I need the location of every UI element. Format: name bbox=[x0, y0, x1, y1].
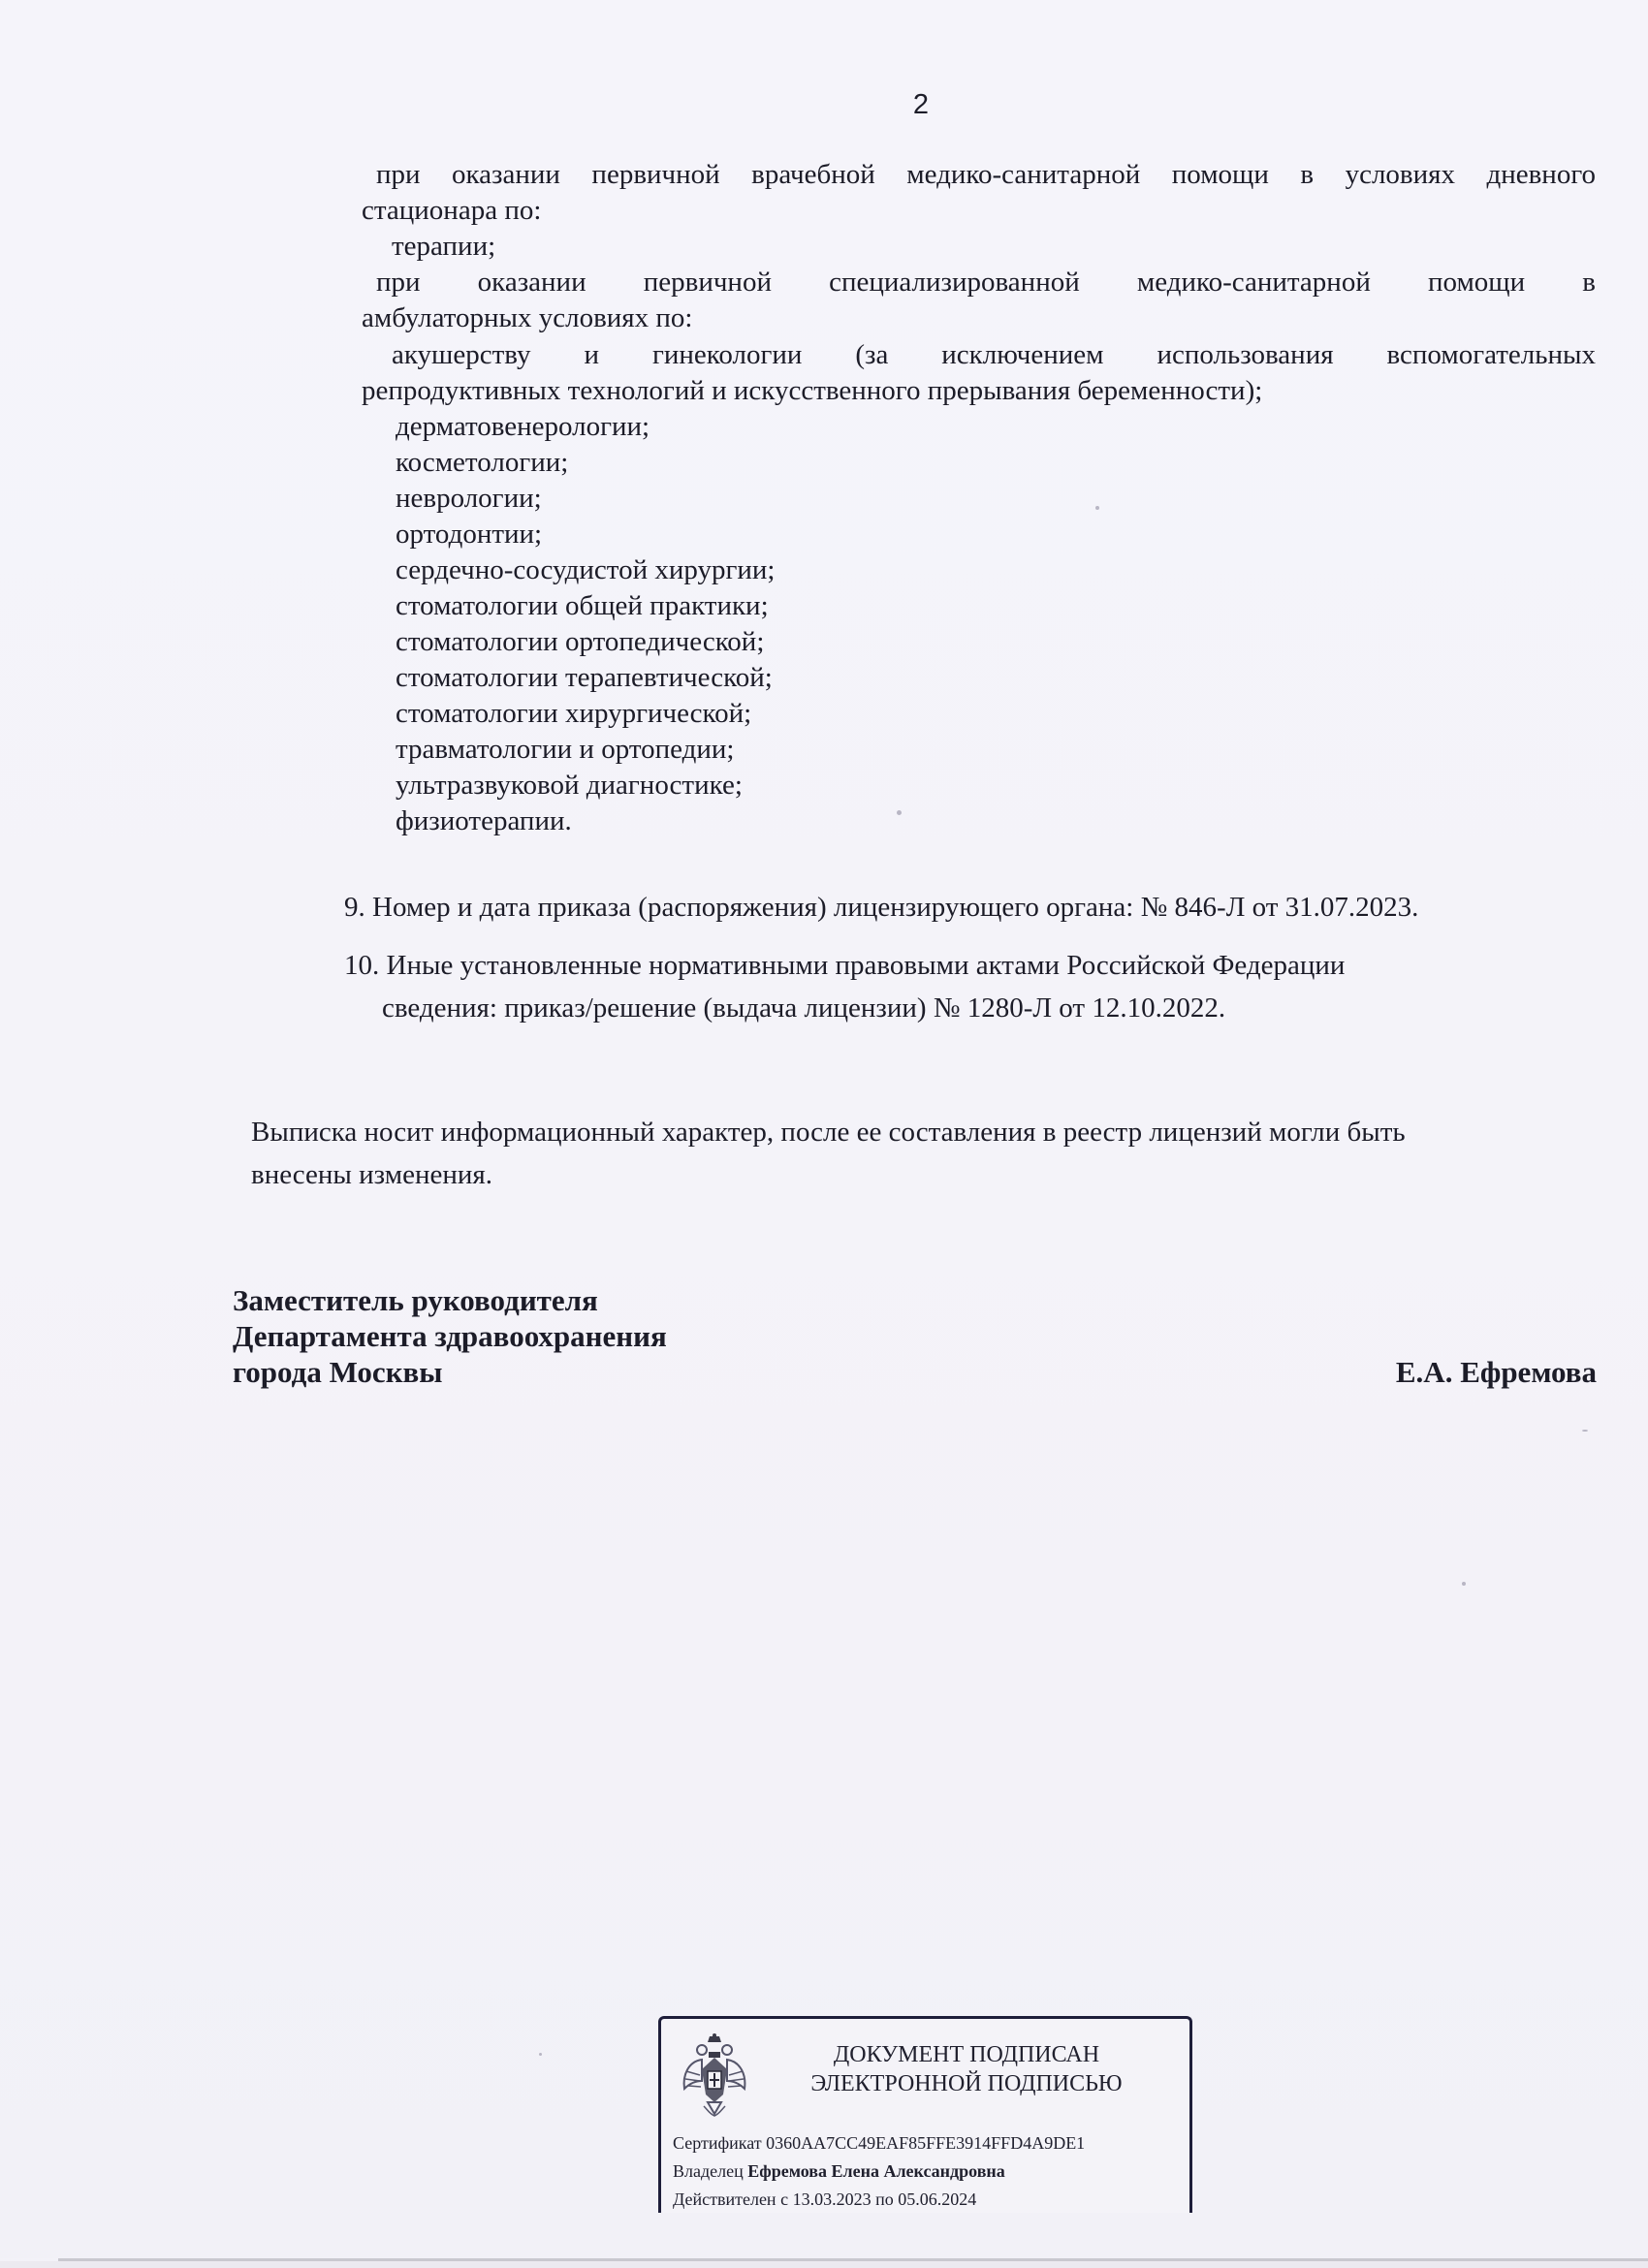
validity-label: Действителен с bbox=[673, 2189, 788, 2209]
signatory-name: Е.А. Ефремова bbox=[1396, 1354, 1597, 1390]
list-item: косметологии; bbox=[396, 445, 568, 480]
coat-of-arms-icon bbox=[681, 2032, 748, 2120]
owner-value: Ефремова Елена Александровна bbox=[747, 2161, 1005, 2181]
signatory-position-line: Заместитель руководителя bbox=[233, 1282, 667, 1318]
stamp-title: ДОКУМЕНТ ПОДПИСАН ЭЛЕКТРОННОЙ ПОДПИСЬЮ bbox=[807, 2040, 1126, 2098]
list-item: стоматологии общей практики; bbox=[396, 588, 769, 623]
valid-to: 05.06.2024 bbox=[898, 2189, 976, 2209]
list-item: дерматовенерологии; bbox=[396, 409, 650, 444]
certificate-label: Сертификат bbox=[673, 2133, 762, 2153]
list-item: физиотерапии. bbox=[396, 803, 572, 838]
paragraph-obstetrics-line2: репродуктивных технологий и искусственно… bbox=[362, 373, 1262, 408]
list-item: стоматологии терапевтической; bbox=[396, 660, 773, 695]
paragraph-therapy: терапии; bbox=[392, 229, 495, 264]
list-item: неврологии; bbox=[396, 481, 542, 516]
list-item: стоматологии хирургической; bbox=[396, 696, 751, 731]
paragraph-day-hospital-line1: при оказании первичной врачебной медико-… bbox=[376, 157, 1596, 192]
paragraph-obstetrics-line1: акушерству и гинекологии (за исключением… bbox=[392, 337, 1596, 372]
owner-label: Владелец bbox=[673, 2161, 744, 2181]
item-10-other-info-line1: 10. Иные установленные нормативными прав… bbox=[344, 948, 1345, 983]
disclaimer-line1: Выписка носит информационный характер, п… bbox=[251, 1115, 1406, 1150]
disclaimer-line2: внесены изменения. bbox=[251, 1157, 492, 1192]
signatory-position-line: Департамента здравоохранения bbox=[233, 1318, 667, 1354]
paragraph-outpatient-line2: амбулаторных условиях по: bbox=[362, 300, 692, 335]
stamp-validity: Действителен с 13.03.2023 по 05.06.2024 bbox=[673, 2188, 976, 2211]
item-9-order-number: 9. Номер и дата приказа (распоряжения) л… bbox=[344, 890, 1418, 925]
item-10-other-info-line2: сведения: приказ/решение (выдача лицензи… bbox=[382, 991, 1225, 1025]
certificate-value: 0360AA7CC49EAF85FFE3914FFD4A9DE1 bbox=[766, 2133, 1085, 2153]
list-item: стоматологии ортопедической; bbox=[396, 624, 764, 659]
list-item: травматологии и ортопедии; bbox=[396, 732, 734, 767]
scan-speck bbox=[1462, 1582, 1466, 1586]
validity-to-label: по bbox=[875, 2189, 894, 2209]
list-item: ультразвуковой диагностике; bbox=[396, 768, 743, 803]
scanner-background bbox=[0, 2261, 1648, 2268]
page-number: 2 bbox=[911, 89, 931, 121]
stamp-owner: Владелец Ефремова Елена Александровна bbox=[673, 2159, 1005, 2183]
scan-speck bbox=[1582, 1430, 1588, 1432]
scan-speck bbox=[897, 810, 902, 815]
e-signature-stamp: ДОКУМЕНТ ПОДПИСАН ЭЛЕКТРОННОЙ ПОДПИСЬЮ С… bbox=[658, 2016, 1192, 2213]
list-item: ортодонтии; bbox=[396, 517, 542, 551]
stamp-title-line: ДОКУМЕНТ ПОДПИСАН bbox=[807, 2040, 1126, 2069]
scan-speck bbox=[1095, 506, 1099, 510]
scan-speck bbox=[539, 2053, 542, 2056]
document-page: 2 при оказании первичной врачебной медик… bbox=[0, 0, 1648, 2258]
list-item: сердечно-сосудистой хирургии; bbox=[396, 552, 775, 587]
signatory-position-line: города Москвы bbox=[233, 1354, 667, 1390]
paragraph-day-hospital-line2: стационара по: bbox=[362, 193, 541, 228]
paragraph-outpatient-line1: при оказании первичной специализированно… bbox=[376, 265, 1596, 299]
stamp-title-line: ЭЛЕКТРОННОЙ ПОДПИСЬЮ bbox=[807, 2069, 1126, 2098]
stamp-certificate: Сертификат 0360AA7CC49EAF85FFE3914FFD4A9… bbox=[673, 2131, 1085, 2155]
signatory-position: Заместитель руководителя Департамента зд… bbox=[233, 1282, 667, 1390]
valid-from: 13.03.2023 bbox=[793, 2189, 872, 2209]
